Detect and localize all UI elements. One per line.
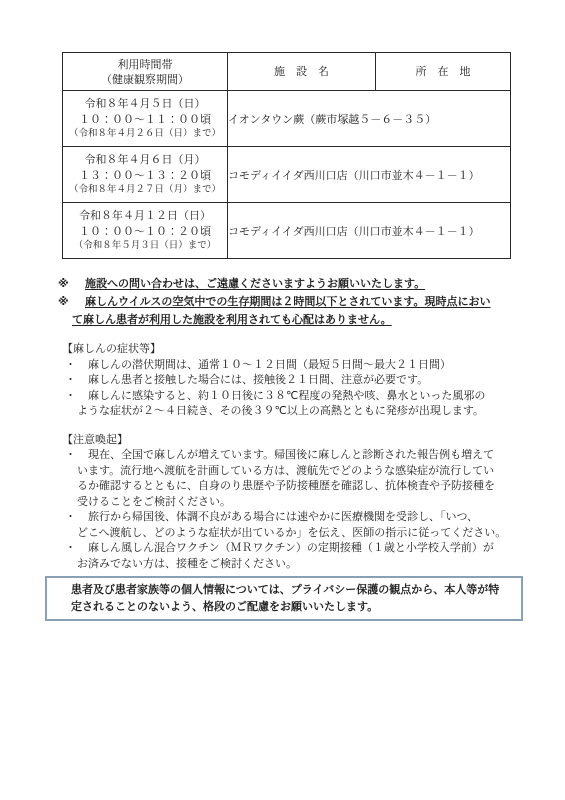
note-item: ※ 施設への問い合わせは、ご遠慮くださいますようお願いいたします。 [62, 275, 510, 293]
visit-date: 令和８年４月５日（日） [63, 96, 227, 112]
visit-date: 令和８年４月６日（月） [63, 152, 227, 168]
visit-time-range: １３：００～１３：２０頃 [63, 168, 227, 184]
bullet-marker: ・ [65, 357, 76, 373]
symptoms-section: 【麻しんの症状等】 ・ 麻しんの潜伏期間は、通常１０～１２日間（最短５日間～最大… [62, 341, 510, 419]
exposure-row: 令和８年４月６日（月） １３：００～１３：２０頃 （令和８年４月２７日（月）まで… [63, 147, 511, 203]
note-text: 麻しんウイルスの空気中での生存期間は２時間以下とされています。現時点におい て麻… [72, 293, 510, 329]
bullet-text: 麻しんの潜伏期間は、通常１０～１２日間（最短５日間～最大２１日間） [77, 357, 510, 373]
col-header-facility: 施 設 名 [228, 53, 376, 91]
col-header-time: 利用時間帯 （健康観察期間） [63, 53, 228, 91]
facility-name-address: コモディイイダ西川口店（川口市並木４－１－１） [228, 203, 511, 259]
note-item: ※ 麻しんウイルスの空気中での生存期間は２時間以下とされています。現時点におい … [62, 293, 510, 329]
visit-time-cell: 令和８年４月１２日（日） １０：００～１０：２０頃 （令和８年５月３日（日）まで… [63, 203, 228, 259]
visit-time-range: １０：００～１１：００頃 [63, 112, 227, 128]
note-marker: ※ [58, 275, 69, 293]
bullet-marker: ・ [65, 372, 76, 388]
visit-time-cell: 令和８年４月６日（月） １３：００～１３：２０頃 （令和８年４月２７日（月）まで… [63, 147, 228, 203]
bullet-text: 麻しんに感染すると、約１０日後に３８℃程度の発熱や咳、鼻水といった風邪の ような… [77, 388, 510, 419]
bullet-item: ・ 現在、全国で麻しんが増えています。帰国後に麻しんと診断された報告例も増えて … [62, 447, 510, 509]
caution-section: 【注意喚起】 ・ 現在、全国で麻しんが増えています。帰国後に麻しんと診断された報… [62, 432, 510, 572]
facility-name-address: イオンタウン蕨（蕨市塚越５－６－３５） [228, 91, 511, 147]
bullet-item: ・ 麻しん風しん混合ワクチン（ＭＲワクチン）の定期接種（１歳と小学校入学前）が … [62, 540, 510, 571]
bullet-marker: ・ [65, 540, 76, 556]
bullet-text: 麻しん風しん混合ワクチン（ＭＲワクチン）の定期接種（１歳と小学校入学前）が お済… [77, 540, 510, 571]
privacy-notice-text: 患者及び患者家族等の個人情報については、プライバシー保護の観点から、本人等が特 … [71, 582, 515, 615]
caution-bullets: ・ 現在、全国で麻しんが増えています。帰国後に麻しんと診断された報告例も増えて … [62, 447, 510, 571]
col-header-address: 所 在 地 [376, 53, 511, 91]
document-page: 利用時間帯 （健康観察期間） 施 設 名 所 在 地 令和８年４月５日（日） １… [0, 0, 565, 800]
exposure-row: 令和８年４月１２日（日） １０：００～１０：２０頃 （令和８年５月３日（日）まで… [63, 203, 511, 259]
bullet-marker: ・ [65, 447, 76, 463]
bullet-text: 麻しん患者と接触した場合には、接触後２１日間、注意が必要です。 [77, 372, 510, 388]
col-header-time-label: 利用時間帯 （健康観察期間） [101, 58, 189, 86]
symptoms-bullets: ・ 麻しんの潜伏期間は、通常１０～１２日間（最短５日間～最大２１日間） ・ 麻し… [62, 357, 510, 419]
observation-until: （令和８年５月３日（日）まで） [63, 239, 227, 253]
bullet-marker: ・ [65, 388, 76, 404]
bullet-item: ・ 麻しんの潜伏期間は、通常１０～１２日間（最短５日間～最大２１日間） [62, 357, 510, 373]
note-marker: ※ [58, 293, 69, 311]
bullet-text: 旅行から帰国後、体調不良がある場合には速やかに医療機関を受診し、「いつ、 どこへ… [77, 509, 510, 540]
observation-until: （令和８年４月２６日（日）まで） [63, 127, 227, 141]
facility-name-address: コモディイイダ西川口店（川口市並木４－１－１） [228, 147, 511, 203]
observation-until: （令和８年４月２７日（月）まで） [63, 183, 227, 197]
table-header-row: 利用時間帯 （健康観察期間） 施 設 名 所 在 地 [63, 53, 511, 91]
bullet-item: ・ 麻しんに感染すると、約１０日後に３８℃程度の発熱や咳、鼻水といった風邪の よ… [62, 388, 510, 419]
bullet-text: 現在、全国で麻しんが増えています。帰国後に麻しんと診断された報告例も増えて いま… [77, 447, 510, 509]
note-text: 施設への問い合わせは、ご遠慮くださいますようお願いいたします。 [72, 275, 510, 293]
symptoms-heading: 【麻しんの症状等】 [62, 341, 510, 357]
caution-heading: 【注意喚起】 [62, 432, 510, 448]
exposure-row: 令和８年４月５日（日） １０：００～１１：００頃 （令和８年４月２６日（日）まで… [63, 91, 511, 147]
bullet-item: ・ 旅行から帰国後、体調不良がある場合には速やかに医療機関を受診し、「いつ、 ど… [62, 509, 510, 540]
visit-time-cell: 令和８年４月５日（日） １０：００～１１：００頃 （令和８年４月２６日（日）まで… [63, 91, 228, 147]
notes-list: ※ 施設への問い合わせは、ご遠慮くださいますようお願いいたします。 ※ 麻しんウ… [62, 275, 510, 329]
visit-time-range: １０：００～１０：２０頃 [63, 224, 227, 240]
exposure-table: 利用時間帯 （健康観察期間） 施 設 名 所 在 地 令和８年４月５日（日） １… [62, 52, 511, 259]
document-content: 利用時間帯 （健康観察期間） 施 設 名 所 在 地 令和８年４月５日（日） １… [62, 52, 510, 621]
privacy-notice-box: 患者及び患者家族等の個人情報については、プライバシー保護の観点から、本人等が特 … [45, 576, 523, 621]
bullet-marker: ・ [65, 509, 76, 525]
bullet-item: ・ 麻しん患者と接触した場合には、接触後２１日間、注意が必要です。 [62, 372, 510, 388]
visit-date: 令和８年４月１２日（日） [63, 208, 227, 224]
